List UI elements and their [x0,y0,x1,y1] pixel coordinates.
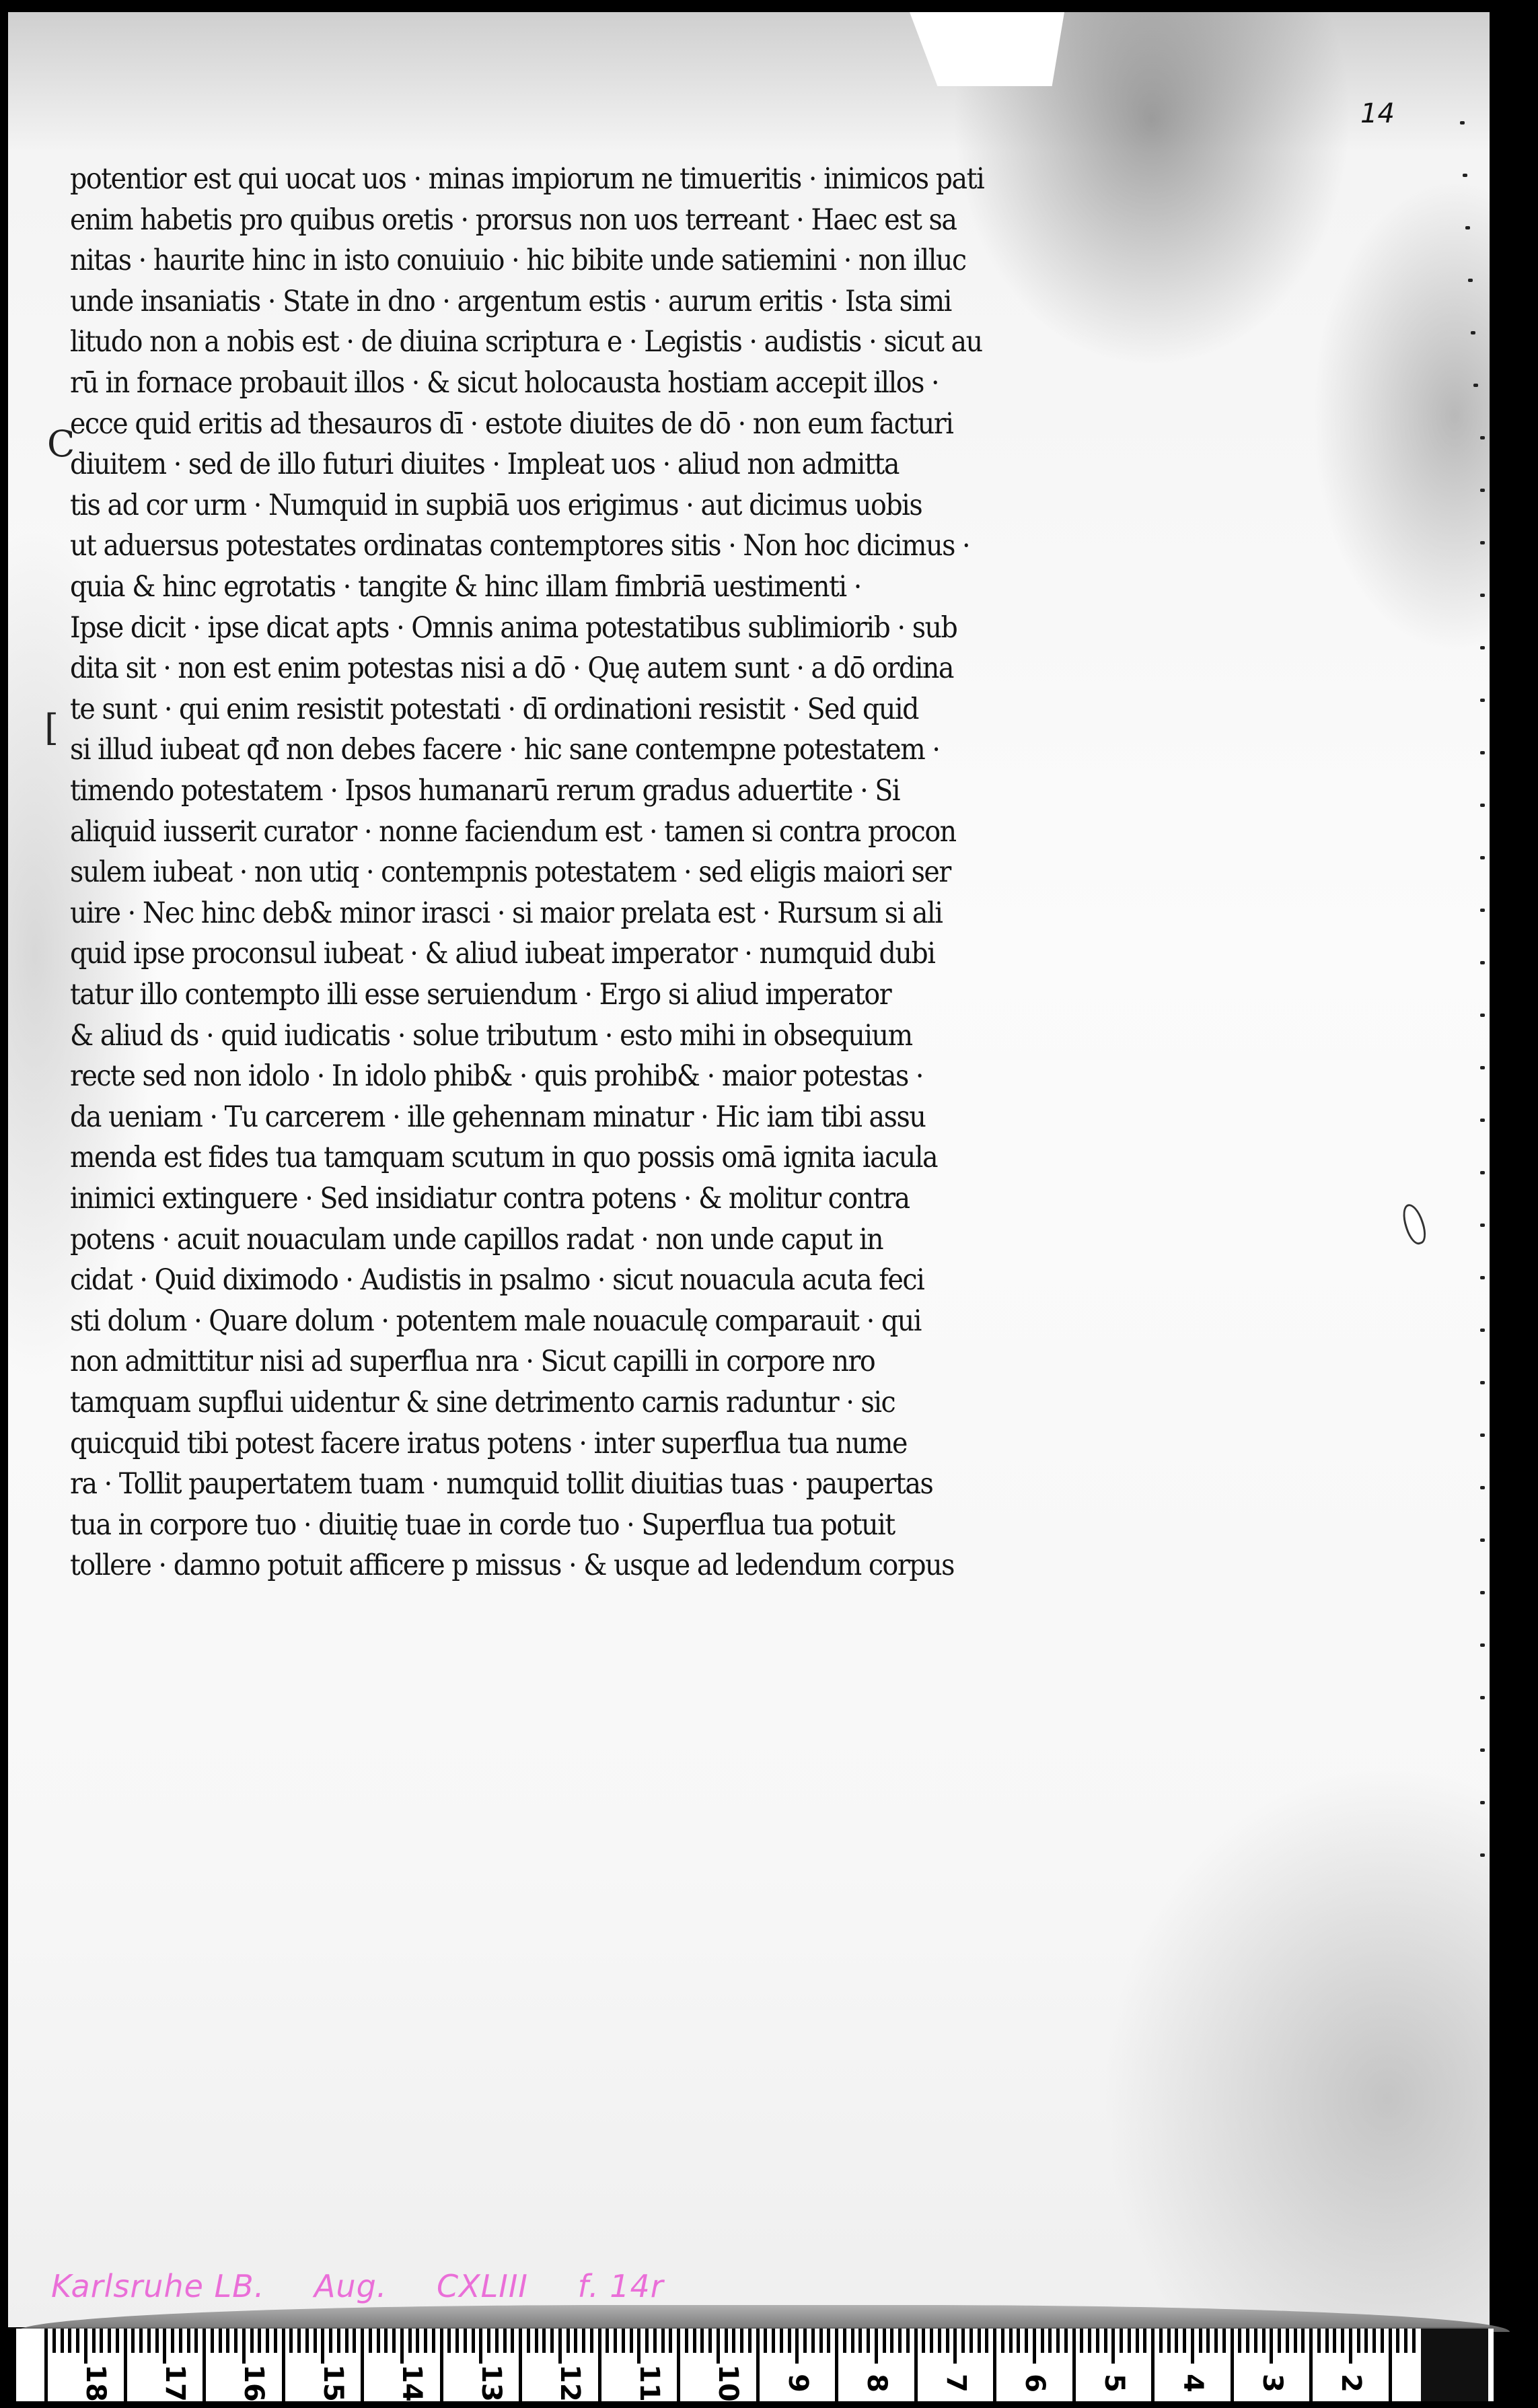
ruler-tick [234,2329,237,2353]
ruler-tick [803,2329,807,2353]
pricking-mark [1480,961,1485,964]
text-line: ecce quid eritis ad thesauros dī · estot… [70,404,953,444]
ruler-tick [827,2329,830,2353]
ruler-tick [914,2329,918,2401]
ruler-tick [345,2329,349,2353]
ruler-tick [978,2329,981,2353]
ruler-tick [622,2329,625,2353]
ruler-tick [1317,2329,1321,2353]
ruler-tick [764,2329,767,2353]
pricking-mark [1480,646,1485,649]
pricking-mark [1480,1171,1485,1174]
ruler-tick [329,2329,332,2353]
ruler-label: 11 [633,2364,664,2401]
pricking-mark [1480,1119,1485,1122]
ruler-tick [171,2329,174,2353]
pricking-mark [1480,1591,1485,1594]
ruler-tick [725,2329,728,2353]
ruler-tick [1136,2329,1139,2353]
ruler-tick [511,2329,514,2353]
ruler-tick [922,2329,925,2353]
ruler-tick [542,2329,546,2353]
ruler-tick [717,2329,720,2364]
text-line: ut aduersus potestates ordinatas contemp… [70,526,969,566]
ruler-tick [1111,2329,1115,2364]
ruler-tick [377,2329,380,2353]
ruler-tick [985,2329,988,2353]
pricking-mark [1460,121,1465,125]
ruler-tick [819,2329,823,2353]
ruler-label: 18 [80,2364,111,2401]
ruler-tick [76,2329,79,2353]
ruler-tick [479,2329,482,2364]
scale-ruler: 18171615141312111098765432 [16,2329,1494,2401]
ruler-tick [1381,2329,1384,2353]
ruler-tick [795,2329,799,2364]
ruler-tick [52,2329,56,2353]
ruler-tick [84,2329,87,2364]
ruler-tick [566,2329,570,2353]
ruler-tick [1206,2329,1210,2353]
text-line: sti dolum · Quare dolum · potentem male … [70,1301,921,1341]
ruler-tick [606,2329,609,2353]
ruler-tick [574,2329,577,2353]
ruler-tick [1396,2329,1399,2353]
ruler-tick [1159,2329,1163,2353]
ruler-tick [487,2329,490,2353]
pricking-mark [1480,1066,1485,1069]
ruler-tick [139,2329,143,2353]
ruler-tick [203,2329,206,2401]
ruler-tick [1072,2329,1076,2401]
ruler-tick [353,2329,356,2353]
ruler-tick [590,2329,593,2353]
ruler-tick [890,2329,893,2353]
ruler-tick [1254,2329,1257,2353]
ruler-tick [1286,2329,1289,2353]
ruler-tick [68,2329,71,2353]
ruler-tick [155,2329,159,2353]
ruler-tick [946,2329,949,2353]
ruler-tick [1199,2329,1202,2353]
ruler-tick [424,2329,427,2353]
ruler-label: 9 [782,2374,813,2393]
pricking-mark [1480,1381,1485,1384]
text-line: cidat · Quid diximodo · Audistis in psal… [70,1260,924,1300]
ruler-tick [637,2329,640,2364]
ruler-tick [163,2329,166,2364]
pricking-mark [1480,1224,1485,1227]
pricking-mark [1480,1801,1485,1804]
ruler-tick [1104,2329,1107,2353]
ruler-tick [384,2329,388,2353]
pricking-mark [1480,1276,1485,1279]
ruler-tick [1214,2329,1218,2353]
ruler-tick [677,2329,680,2401]
ruler-label: 5 [1098,2374,1129,2393]
ruler-tick [1041,2329,1044,2353]
ruler-label: 17 [159,2364,190,2401]
shelfmark-collection: Aug. [314,2268,387,2304]
ruler-tick [1325,2329,1329,2353]
ruler-tick [147,2329,151,2353]
ruler-tick [1349,2329,1352,2364]
text-line: recte sed non idolo · In idolo phib& · q… [70,1056,923,1096]
ruler-tick [558,2329,562,2364]
ruler-tick [1270,2329,1273,2364]
ruler-tick [1262,2329,1266,2353]
shelfmark-folio: f. 14r [578,2268,664,2304]
ruler-tick [535,2329,538,2353]
ruler-tick [1404,2329,1407,2353]
ruler-tick [92,2329,96,2353]
ruler-tick [930,2329,933,2353]
ruler-tick [661,2329,665,2353]
pricking-mark [1480,541,1485,544]
text-line: Ipse dicit · ipse dicat apts · Omnis ani… [70,608,957,648]
ruler-tick [1009,2329,1013,2353]
ruler-tick [906,2329,910,2353]
pricking-mark [1468,279,1473,282]
ruler-tick [598,2329,601,2401]
margin-mark-c: C [47,423,75,465]
ruler-tick [447,2329,451,2353]
ruler-tick [131,2329,135,2353]
ruler-tick [108,2329,111,2353]
ruler-tick [645,2329,649,2353]
shelfmark-label: Karlsruhe LB. Aug. CXLIII f. 14r [51,2268,703,2304]
ruler-tick [550,2329,554,2353]
pricking-mark [1463,174,1467,177]
pricking-mark [1473,384,1478,387]
pricking-mark [1480,856,1485,859]
ruler-tick [1309,2329,1313,2401]
ruler-tick [1333,2329,1336,2353]
ruler-tick [653,2329,657,2353]
ruler-tick [669,2329,672,2353]
ruler-tick [297,2329,301,2353]
ruler-label: 12 [554,2364,585,2401]
ruler-tick [685,2329,688,2353]
ruler-tick [369,2329,372,2353]
ruler-tick [1372,2329,1376,2353]
ruler-tick [732,2329,735,2353]
pricking-mark [1480,1643,1485,1647]
ruler-tick [1033,2329,1036,2364]
ruler-tick [748,2329,752,2353]
pricking-mark [1480,699,1485,702]
ruler-tick [361,2329,364,2401]
pricking-mark [1471,331,1475,334]
ruler-tick [187,2329,190,2353]
ruler-tick [993,2329,996,2401]
ruler-tick [953,2329,957,2364]
ruler-label: 14 [396,2364,427,2401]
ruler-label: 6 [1019,2374,1050,2393]
ruler-tick [1025,2329,1028,2353]
text-line: quia & hinc egrotatis · tangite & hinc i… [70,567,861,607]
pricking-mark [1480,1014,1485,1017]
ruler-tick [898,2329,902,2353]
ruler-tick [392,2329,396,2353]
ruler-tick [835,2329,838,2401]
ruler-tick [337,2329,340,2353]
text-line: tis ad cor urm · Numquid in supbiā uos e… [70,485,922,526]
text-line: quid ipse proconsul iubeat · & aliud iub… [70,933,935,974]
ruler-tick [274,2329,277,2353]
ruler-tick [289,2329,293,2353]
ruler-label: 8 [861,2374,892,2393]
ruler-tick [1048,2329,1052,2353]
ruler-tick [1064,2329,1068,2353]
ruler-tick [1096,2329,1099,2353]
ruler-tick [408,2329,412,2353]
ruler-tick [472,2329,475,2353]
text-line: diuitem · sed de illo futuri diuites · I… [70,444,899,485]
ruler-tick [1364,2329,1368,2353]
ruler-tick [811,2329,815,2353]
ruler-tick [938,2329,941,2353]
ruler-tick [843,2329,846,2353]
ruler-tick [416,2329,419,2353]
text-line: inimici extinguere · Sed insidiatur cont… [70,1178,910,1219]
ruler-tick [1088,2329,1091,2353]
ruler-tick [969,2329,973,2353]
ruler-tick [400,2329,404,2364]
margin-mark-bracket: [ [44,707,59,749]
ruler-tick [194,2329,198,2353]
ruler-tick [883,2329,886,2353]
text-line: nitas · haurite hinc in isto conuiuio · … [70,240,966,281]
ruler-tick [851,2329,854,2353]
ruler-tick [1080,2329,1083,2353]
ruler-tick [1246,2329,1249,2353]
ruler-tick [321,2329,324,2364]
ruler-tick [495,2329,499,2353]
pricking-mark [1480,1853,1485,1857]
text-line: enim habetis pro quibus oretis · prorsus… [70,200,956,240]
ruler-tick [614,2329,617,2353]
text-line: tamquam supflui uidentur & sine detrimen… [70,1382,895,1423]
ruler-tick [1017,2329,1020,2353]
ruler-tick [266,2329,269,2353]
text-line: potens · acuit nouaculam unde capillos r… [70,1219,883,1260]
text-line: litudo non a nobis est · de diuina scrip… [70,322,982,362]
ruler-tick [44,2329,48,2401]
ruler-tick [756,2329,760,2401]
text-line: quicquid tibi potest facere iratus poten… [70,1423,907,1464]
ruler-tick [61,2329,64,2353]
ruler-tick [582,2329,585,2353]
ruler-label: 15 [317,2364,348,2401]
ruler-tick [179,2329,182,2353]
ruler-tick [740,2329,743,2353]
ruler-tick [464,2329,467,2353]
pricking-mark [1480,436,1485,439]
ruler-tick [693,2329,696,2353]
shelfmark-library: Karlsruhe LB. [51,2268,264,2304]
ruler-tick [708,2329,712,2353]
text-line: tollere · damno potuit afficere p missus… [70,1545,954,1586]
text-line: te sunt · qui enim resistit potestati · … [70,689,918,730]
ruler-tick [1278,2329,1281,2353]
pricking-mark [1480,751,1485,754]
pricking-mark [1480,1433,1485,1437]
ruler-label: 13 [475,2364,506,2401]
pricking-mark [1480,1329,1485,1332]
ruler-tick [1056,2329,1060,2353]
text-line: non admittitur nisi ad superflua nra · S… [70,1341,875,1382]
text-line: si illud iubeat qđ non debes facere · hi… [70,730,939,770]
ruler-tick [100,2329,103,2353]
ruler-tick [1412,2329,1416,2353]
pricking-mark [1480,909,1485,912]
text-line: potentior est qui uocat uos · minas impi… [70,159,984,199]
text-line: menda est fides tua tamquam scutum in qu… [70,1137,937,1178]
ruler-label: 3 [1256,2374,1287,2393]
ruler-tick [1222,2329,1226,2353]
ruler-tick [1231,2329,1234,2401]
text-line: timendo potestatem · Ipsos humanarū reru… [70,771,900,811]
ruler-tick [1341,2329,1344,2353]
ruler-tick [1151,2329,1155,2401]
ruler-tick [527,2329,530,2353]
ruler-end-blot [1421,2329,1488,2401]
ruler-label: 10 [712,2364,743,2401]
ruler-label: 2 [1335,2374,1366,2393]
ruler-tick [432,2329,435,2353]
ruler-tick [503,2329,507,2353]
pricking-mark [1465,226,1470,229]
ruler-label: 7 [940,2374,971,2393]
text-line: tatur illo contempto illi esse seruiendu… [70,975,891,1015]
ruler-tick [1128,2329,1131,2353]
ruler-tick [1357,2329,1360,2353]
ruler-tick [858,2329,862,2353]
ruler-tick [440,2329,443,2401]
ruler-tick [455,2329,459,2353]
text-line: rū in fornace probauit illos · & sicut h… [70,363,939,403]
ruler-tick [116,2329,119,2353]
ruler-tick [242,2329,246,2364]
ruler-tick [1191,2329,1194,2364]
ruler-tick [700,2329,704,2353]
ruler-tick [1120,2329,1123,2353]
ruler-tick [1175,2329,1178,2353]
ruler-tick [788,2329,791,2353]
text-line: dita sit · non est enim potestas nisi a … [70,648,953,688]
ruler-tick [780,2329,783,2353]
text-line: tua in corpore tuo · diuitię tuae in cor… [70,1505,895,1545]
text-line: ra · Tollit paupertatem tuam · numquid t… [70,1464,932,1504]
pricking-mark [1480,594,1485,597]
ruler-tick [961,2329,965,2353]
ruler-tick [219,2329,222,2353]
ruler-tick [226,2329,229,2353]
ruler-tick [867,2329,870,2353]
text-line: sulem iubeat · non utiq · contempnis pot… [70,852,951,892]
pricking-mark [1480,1486,1485,1489]
ruler-tick [282,2329,285,2401]
shelfmark-number: CXLIII [437,2268,528,2304]
text-line: aliquid iusserit curator · nonne faciend… [70,812,956,852]
ruler-tick [1183,2329,1186,2353]
folio-number: 14 [1360,98,1395,129]
ruler-tick [875,2329,878,2364]
ruler-label: 16 [238,2364,269,2401]
ruler-label: 4 [1177,2374,1208,2393]
ruler-tick [314,2329,317,2353]
ruler-tick [519,2329,522,2401]
text-line: da ueniam · Tu carcerem · ille gehennam … [70,1097,925,1137]
ruler-tick [1238,2329,1241,2353]
text-line: uire · Nec hinc deb& minor irasci · si m… [70,893,942,933]
ruler-tick [630,2329,633,2353]
ruler-tick [1143,2329,1146,2353]
text-line: unde insaniatis · State in dno · argentu… [70,281,951,322]
pricking-mark [1480,489,1485,492]
ruler-tick [250,2329,254,2353]
pricking-mark [1480,1696,1485,1699]
ruler-tick [1001,2329,1004,2353]
ruler-tick [258,2329,261,2353]
text-line: & aliud ds · quid iudicatis · solue trib… [70,1016,912,1056]
pricking-mark [1480,804,1485,807]
pricking-mark [1480,1748,1485,1752]
ruler-tick [1294,2329,1297,2353]
pricking-mark [1480,1538,1485,1542]
ruler-tick [305,2329,309,2353]
ruler-tick [772,2329,775,2353]
ruler-tick [1389,2329,1392,2401]
ruler-tick [211,2329,214,2353]
ruler-tick [124,2329,127,2401]
ruler-tick [1301,2329,1305,2353]
ruler-tick [1167,2329,1171,2353]
